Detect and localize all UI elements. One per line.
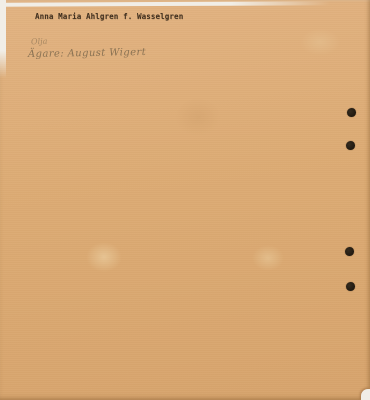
ink-dot: [346, 141, 355, 150]
paper-stain: [300, 28, 340, 56]
ink-dot: [346, 282, 355, 291]
paper-stain: [252, 245, 284, 271]
scanned-archive-card: Anna Maria Ahlgren f. Wasselgren Olja Äg…: [0, 0, 370, 400]
typed-title: Anna Maria Ahlgren f. Wasselgren: [35, 12, 183, 21]
paper-stain: [86, 242, 122, 272]
handwritten-technique-note: Olja: [31, 37, 48, 47]
handwritten-owner-note: Ägare: August Wigert: [28, 47, 146, 60]
paper-card: Anna Maria Ahlgren f. Wasselgren Olja Äg…: [0, 0, 370, 400]
ink-dot: [347, 108, 356, 117]
ink-dot: [345, 247, 354, 256]
scan-margin-left: [0, 0, 6, 78]
scan-margin-corner: [361, 389, 370, 400]
paper-stain: [175, 98, 221, 136]
